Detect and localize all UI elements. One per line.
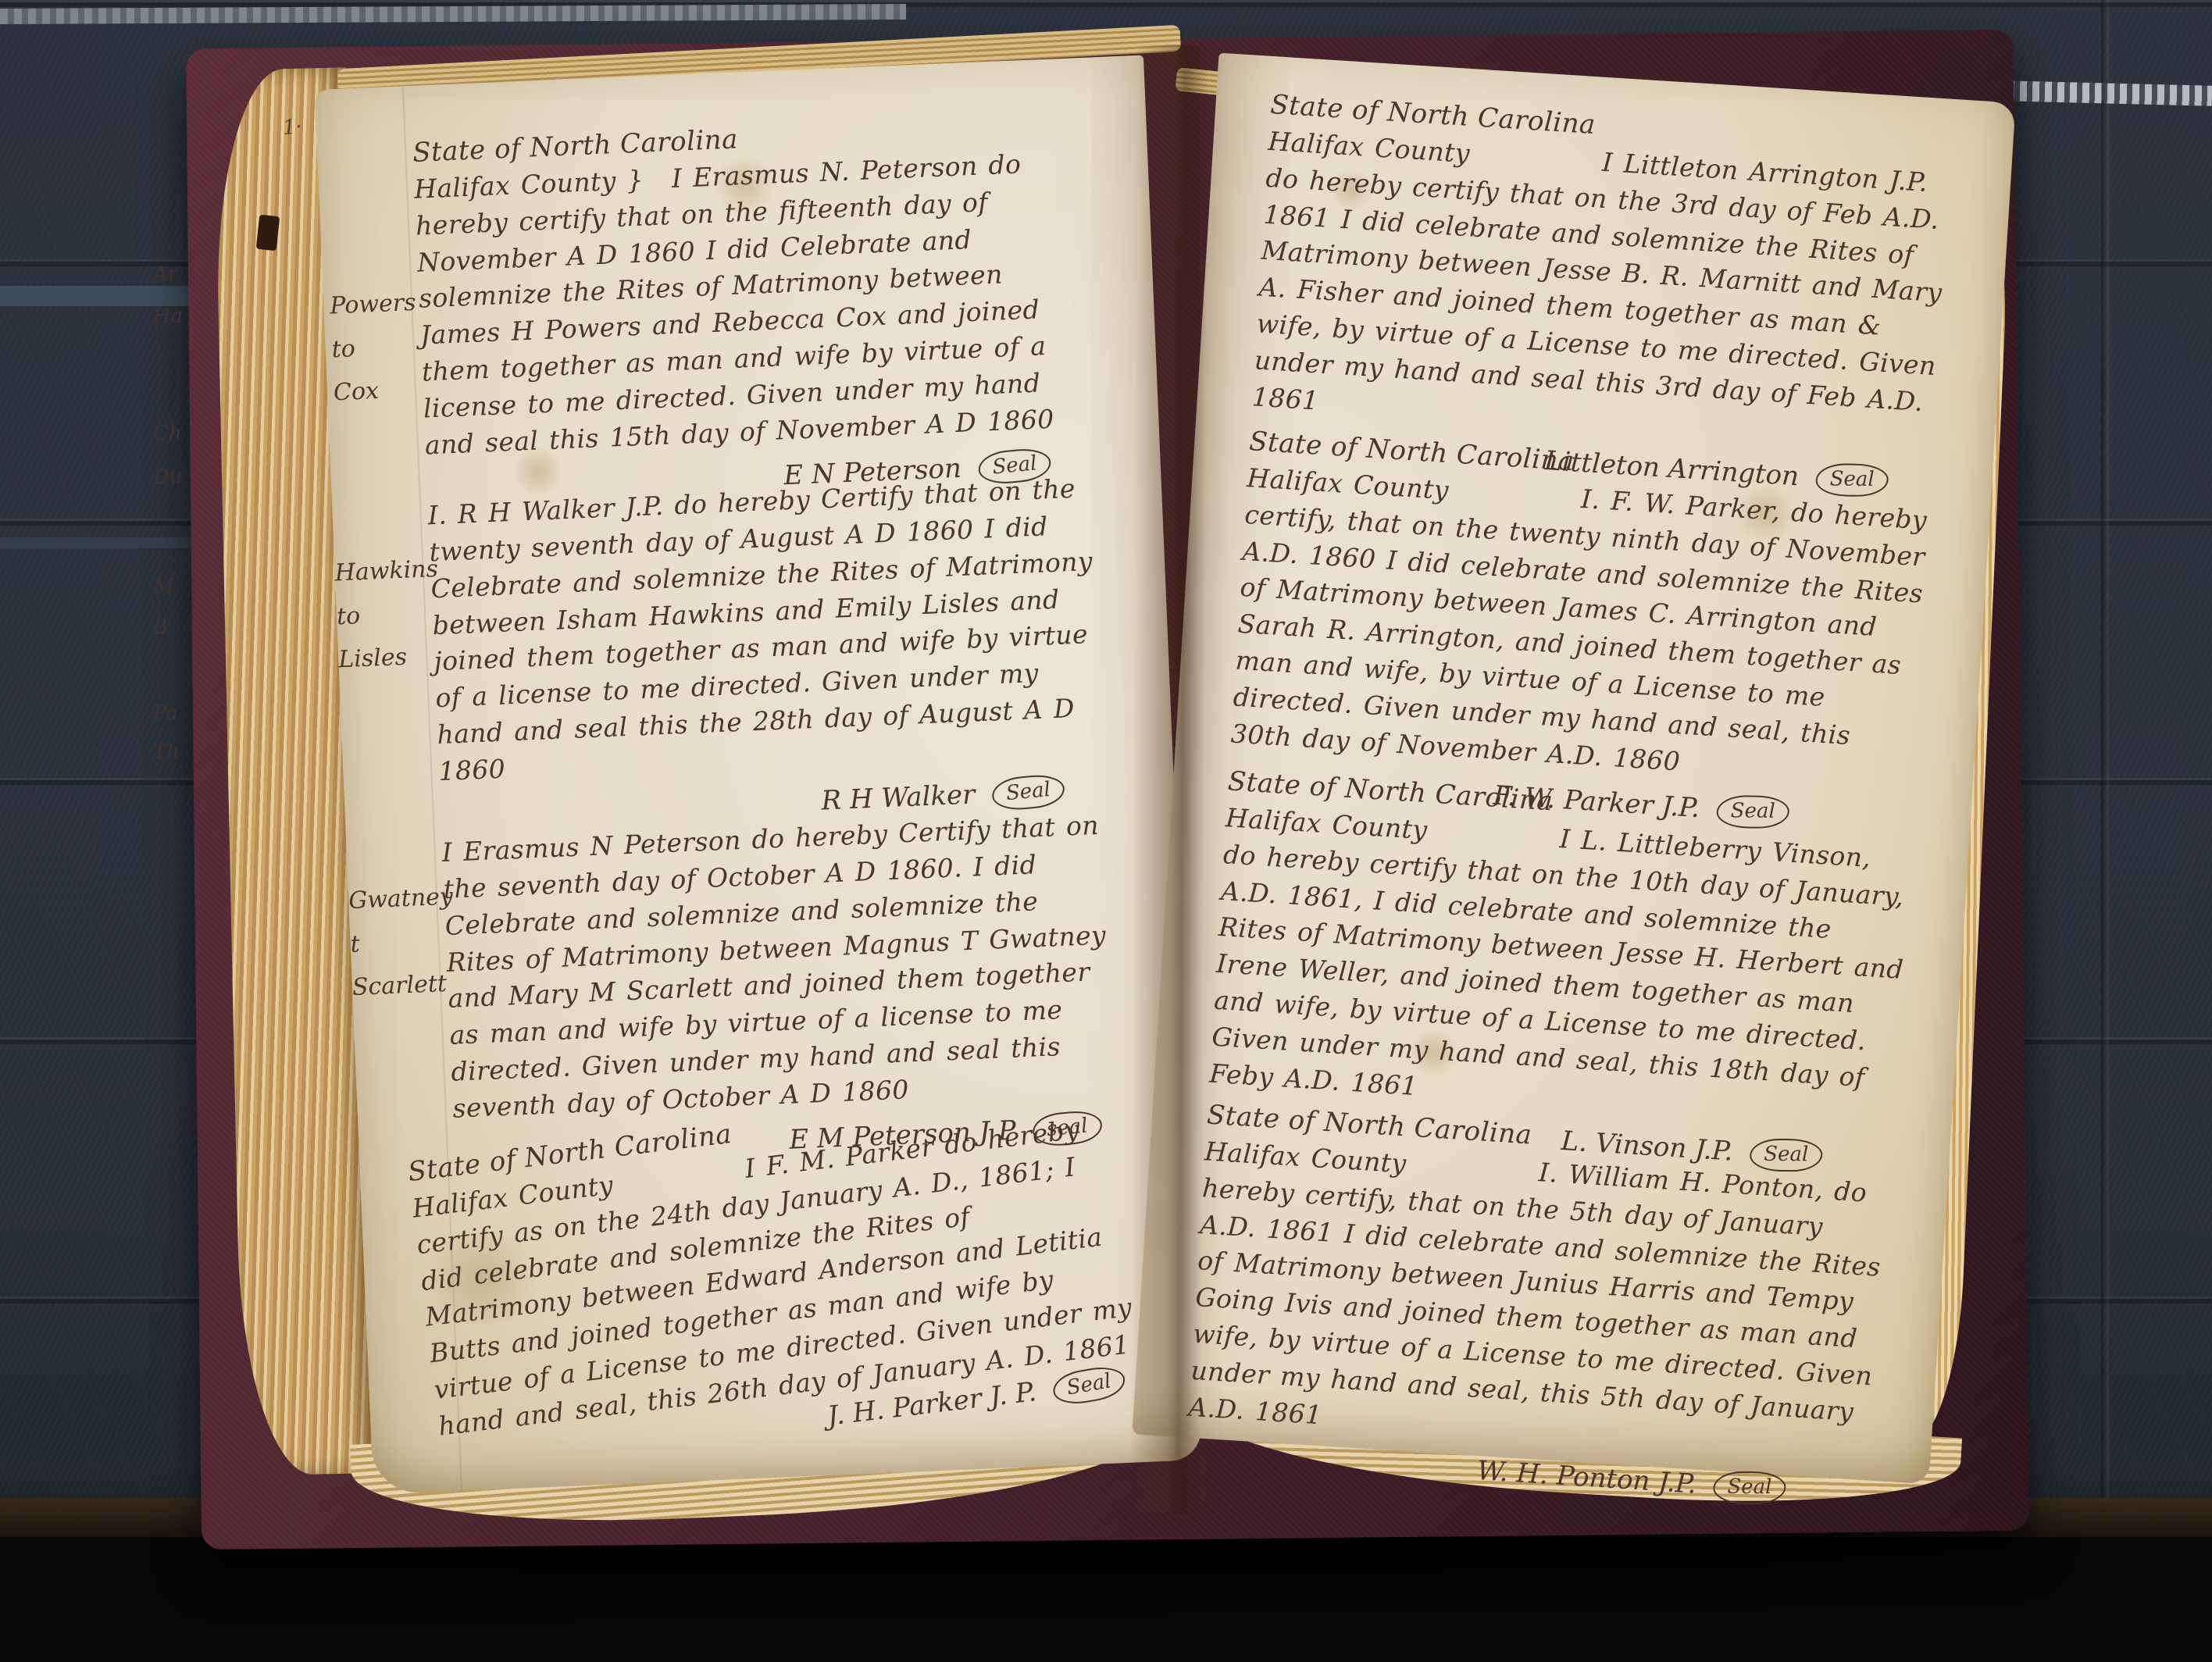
left-page-number-prefix: 1· xyxy=(282,115,303,140)
entry-body: I L. Littleberry Vinson, do hereby certi… xyxy=(1208,823,1904,1101)
margin-note-powers-to-cox: Powers to Cox xyxy=(329,281,420,415)
edge-partial-text: Pa xyxy=(152,701,189,726)
entry-body: I Erasmus N Peterson do hereby Certify t… xyxy=(441,810,1107,1124)
edge-partial-text: M xyxy=(152,574,189,599)
marriage-record-entry: State of North Carolina Halifax County }… xyxy=(412,108,1098,510)
page-edge-notch xyxy=(256,215,280,251)
edge-partial-text: Du xyxy=(152,465,189,490)
edge-partial-text: Ar xyxy=(152,262,189,287)
edge-partial-text: Ch xyxy=(152,421,189,446)
edge-partial-text: B xyxy=(152,615,189,640)
book-spine-shadow xyxy=(1129,45,1232,1514)
photograph-of-marriage-register: Ar Ha Ch Du M B Pa Th 1· 140 141 Powers … xyxy=(0,0,2212,1662)
seal-mark: Seal xyxy=(1713,1471,1786,1504)
margin-note-gwatney-to-scarlett: Gwatney t Scarlett xyxy=(348,876,457,1010)
wall-groove xyxy=(0,537,219,548)
entry-subheading: Halifax County } xyxy=(413,164,644,204)
left-page: Powers to Cox Hawkins to Lisles Gwatney … xyxy=(315,55,1202,1495)
edge-partial-text: Ha xyxy=(152,304,189,329)
right-page: State of North Carolina Halifax CountyI … xyxy=(1132,53,2015,1485)
entry-body: I. William H. Ponton, do hereby certify,… xyxy=(1187,1157,1881,1430)
seal-mark: Seal xyxy=(990,772,1066,812)
wall-seam xyxy=(2101,0,2109,1662)
entry-body: I. R H Walker J.P. do hereby Certify tha… xyxy=(427,473,1094,786)
margin-note-hawkins-to-lisles: Hawkins to Lisles xyxy=(334,547,443,682)
entry-body: I. F. W. Parker, do hereby certify, that… xyxy=(1230,483,1928,777)
marriage-record-entry: State of North Carolina Halifax CountyI.… xyxy=(1184,1097,1893,1514)
edge-partial-text: Th xyxy=(152,740,189,765)
marriage-record-entry: I. R H Walker J.P. do hereby Certify tha… xyxy=(427,469,1112,836)
entry-body: I Littleton Arrington J.P. do hereby cer… xyxy=(1251,147,1943,417)
signature: R H Walker xyxy=(821,779,976,816)
